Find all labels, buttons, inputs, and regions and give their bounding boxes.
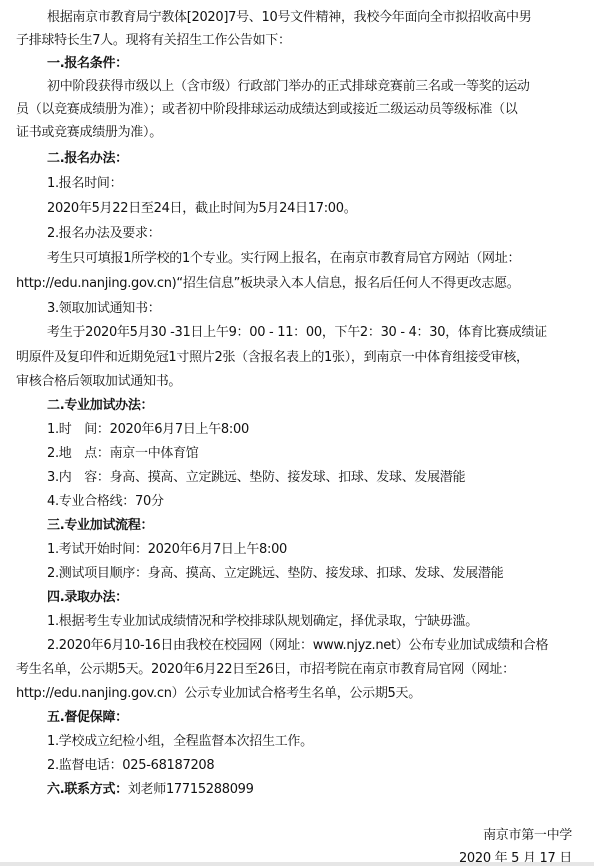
admission-item: 2.2020年6月10-16日由我校在校园网（网址：www.njyz.net）公… bbox=[47, 638, 594, 654]
section-1-heading: 一.报名条件： bbox=[47, 56, 594, 72]
section-7-heading: 六.联系方式： bbox=[47, 782, 128, 797]
registration-method-text: 考生只可填报1所学校的1个专业。实行网上报名，在南京市教育局官方网站（网址： bbox=[47, 251, 594, 267]
registration-method-label: 2.报名办法及要求： bbox=[47, 226, 594, 242]
section-2-heading: 二.报名办法： bbox=[47, 151, 594, 167]
admission-item: 1.根据考生专业加试成绩情况和学校排球队规划确定，择优录取，宁缺毋滥。 bbox=[47, 614, 594, 630]
notice-pickup-text: 考生于2020年5月30 -31日上午9：00 - 11：00，下午2：30 -… bbox=[47, 325, 594, 341]
admission-item: 考生名单，公示期5天。2020年6月22日至26日，市招考院在南京市教育局官网（… bbox=[16, 662, 581, 678]
process-item: 2.测试项目顺序：身高、摸高、立定跳远、垫防、接发球、扣球、发球、发展潜能 bbox=[47, 566, 594, 582]
process-item: 1.考试开始时间：2020年6月7日上午8:00 bbox=[47, 542, 594, 558]
section-6-heading: 五.督促保障： bbox=[47, 710, 594, 726]
exam-item: 2.地 点：南京一中体育馆 bbox=[47, 446, 594, 462]
section-5-heading: 四.录取办法： bbox=[47, 590, 594, 606]
section-1-text: 证书或竞赛成绩册为准）。 bbox=[16, 125, 581, 141]
supervision-item: 1.学校成立纪检小组，全程监督本次招生工作。 bbox=[47, 734, 594, 750]
signature-org: 南京市第一中学 bbox=[483, 828, 572, 844]
section-1-text: 员（以竞赛成绩册为准）；或者初中阶段排球运动成绩达到或接近二级运动员等级标准（以 bbox=[16, 102, 581, 118]
admission-item: http://edu.nanjing.gov.cn）公示专业加试合格考生名单，公… bbox=[16, 686, 581, 702]
section-1-text: 初中阶段获得市级以上（含市级）行政部门举办的正式排球竞赛前三名或一等奖的运动 bbox=[47, 79, 594, 95]
exam-item: 1.时 间：2020年6月7日上午8:00 bbox=[47, 422, 594, 438]
section-3-heading: 二.专业加试办法： bbox=[47, 398, 594, 414]
supervision-phone: 2.监督电话：025-68187208 bbox=[47, 758, 594, 774]
bottom-divider bbox=[0, 862, 594, 866]
contact-row: 六.联系方式：刘老师17715288099 bbox=[47, 782, 594, 798]
contact-value: 刘老师17715288099 bbox=[128, 782, 254, 797]
notice-pickup-label: 3.领取加试通知书： bbox=[47, 301, 594, 317]
registration-method-text: http://edu.nanjing.gov.cn)“招生信息”板块录入本人信息… bbox=[16, 276, 581, 292]
intro-line-1: 根据南京市教育局宁教体[2020]7号、10号文件精神，我校今年面向全市拟招收高… bbox=[47, 10, 594, 26]
section-4-heading: 三.专业加试流程： bbox=[47, 518, 594, 534]
notice-pickup-text: 审核合格后领取加试通知书。 bbox=[16, 374, 581, 390]
notice-pickup-text: 明原件及复印件和近期免冠1寸照片2张（含报名表上的1张），到南京一中体育组接受审… bbox=[16, 350, 581, 366]
intro-line-2: 子排球特长生7人。现将有关招生工作公告如下： bbox=[16, 33, 581, 49]
exam-item: 3.内 容：身高、摸高、立定跳远、垫防、接发球、扣球、发球、发展潜能 bbox=[47, 470, 594, 486]
registration-time-value: 2020年5月22日至24日，截止时间为5月24日17:00。 bbox=[47, 201, 594, 217]
registration-time-label: 1.报名时间： bbox=[47, 176, 594, 192]
exam-item: 4.专业合格线：70分 bbox=[47, 494, 594, 510]
